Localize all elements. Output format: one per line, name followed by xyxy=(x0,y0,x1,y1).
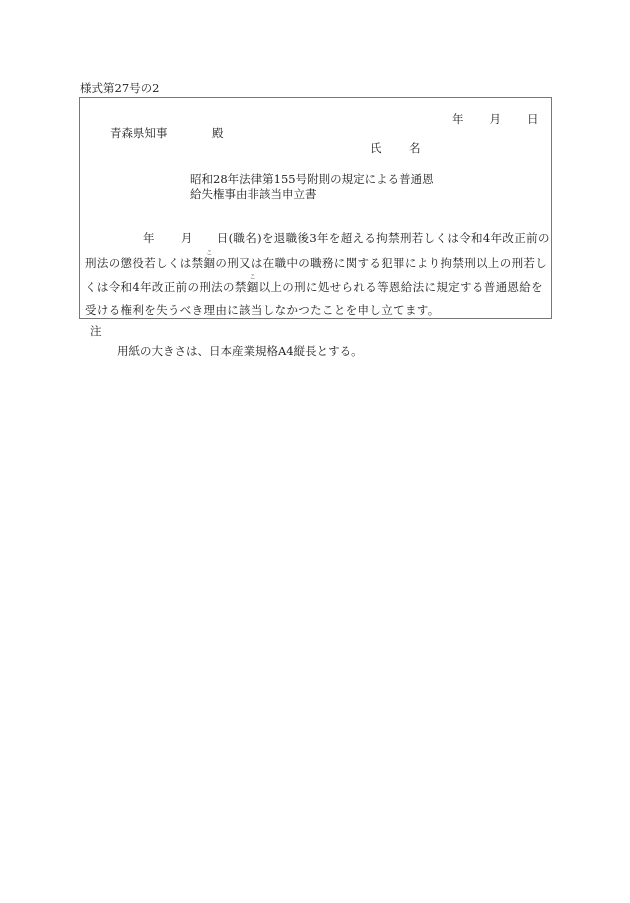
ruby-kanji: 錮こ xyxy=(247,280,259,294)
body-line-3: くは令和4年改正前の刑法の禁錮こ以上の刑に処せられる等恩給法に規定する普通恩給を xyxy=(85,274,549,299)
honorific: 殿 xyxy=(212,125,224,141)
body-month-label: 月 xyxy=(181,231,193,245)
addressee: 青森県知事 xyxy=(110,125,168,141)
body-line-4: 受ける権利を失うべき理由に該当しなかつたことを申し立てます。 xyxy=(85,299,549,322)
name-label: 氏 名 xyxy=(370,140,429,156)
body-year-label: 年 xyxy=(143,231,155,245)
document-title: 昭和28年法律第155号附則の規定による普通恩 給失権事由非該当申立書 xyxy=(190,172,434,202)
date-line: 年月日 xyxy=(452,111,539,127)
title-line-2: 給失権事由非該当申立書 xyxy=(190,187,434,202)
declaration-body: 年月日(職名)を退職後3年を超える拘禁刑若しくは令和4年改正前の 刑法の懲役若し… xyxy=(85,227,549,321)
form-number: 様式第27号の2 xyxy=(80,80,159,96)
body-line-2: 刑法の懲役若しくは禁錮この刑又は在職中の職務に関する犯罪により拘禁刑以上の刑若し xyxy=(85,250,549,275)
month-label: 月 xyxy=(490,111,502,127)
body-line-1: 年月日(職名)を退職後3年を超える拘禁刑若しくは令和4年改正前の xyxy=(85,227,549,250)
ruby-kanji: 錮こ xyxy=(204,256,216,270)
note-label: 注 xyxy=(90,323,102,339)
day-label: 日 xyxy=(527,111,539,127)
year-label: 年 xyxy=(452,111,464,127)
title-line-1: 昭和28年法律第155号附則の規定による普通恩 xyxy=(190,172,434,187)
note-text: 用紙の大きさは、日本産業規格A4縦長とする。 xyxy=(117,343,363,359)
